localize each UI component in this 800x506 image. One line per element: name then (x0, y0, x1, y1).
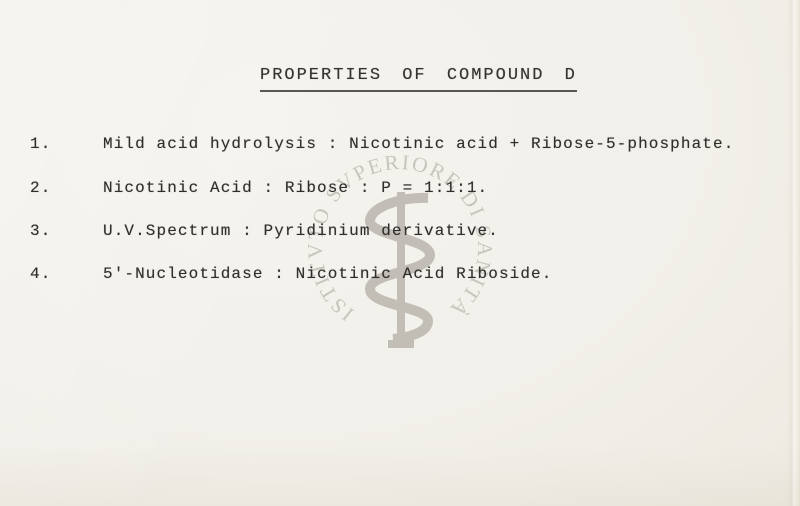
item-number: 2. (30, 179, 103, 197)
property-list-item: 3. U.V.Spectrum : Pyridinium derivative. (30, 222, 786, 240)
document-title-text: PROPERTIES OF COMPOUND D (260, 66, 577, 85)
property-list-item: 2. Nicotinic Acid : Ribose : P = 1:1:1. (30, 179, 786, 197)
page-bottom-shade (0, 446, 800, 506)
property-list-item: 1. Mild acid hydrolysis : Nicotinic acid… (30, 135, 786, 153)
item-number: 4. (30, 265, 103, 283)
scanned-document-page: ISTITVTO SVPERIORE DI SANITÀ PROPERTIES … (0, 0, 800, 506)
page-edge-shadow (787, 0, 800, 506)
item-number: 1. (30, 135, 103, 153)
item-text: Nicotinic Acid : Ribose : P = 1:1:1. (103, 179, 786, 197)
item-text: U.V.Spectrum : Pyridinium derivative. (103, 222, 786, 240)
document-title: PROPERTIES OF COMPOUND D (260, 66, 577, 92)
item-text: Mild acid hydrolysis : Nicotinic acid + … (103, 135, 786, 153)
item-number: 3. (30, 222, 103, 240)
item-text: 5'-Nucleotidase : Nicotinic Acid Ribosid… (103, 265, 786, 283)
property-list-item: 4. 5'-Nucleotidase : Nicotinic Acid Ribo… (30, 265, 786, 283)
